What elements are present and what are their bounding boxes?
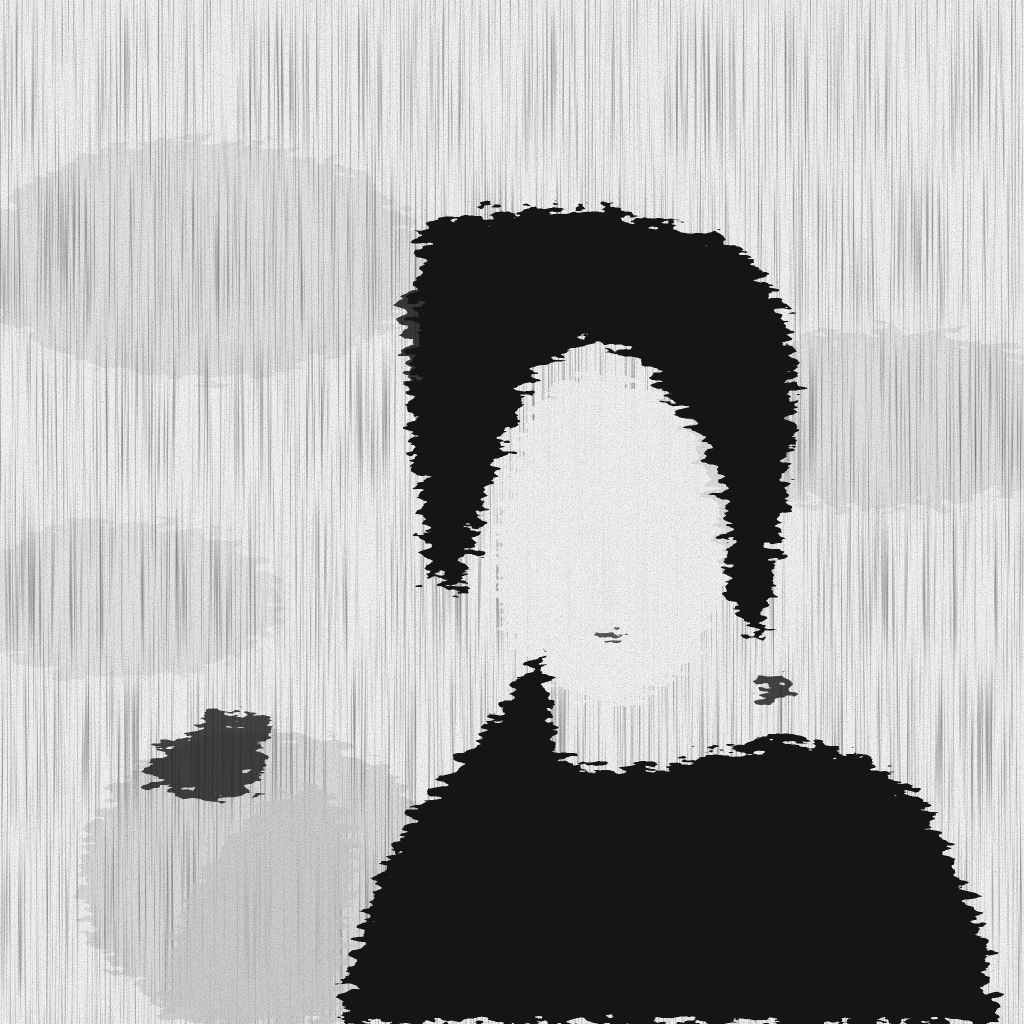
portrait-canvas [0, 0, 1024, 1024]
grain-overlay [0, 0, 1024, 1024]
noisy-portrait-image: Heavily noised, high-contrast grayscale … [0, 0, 1024, 1024]
